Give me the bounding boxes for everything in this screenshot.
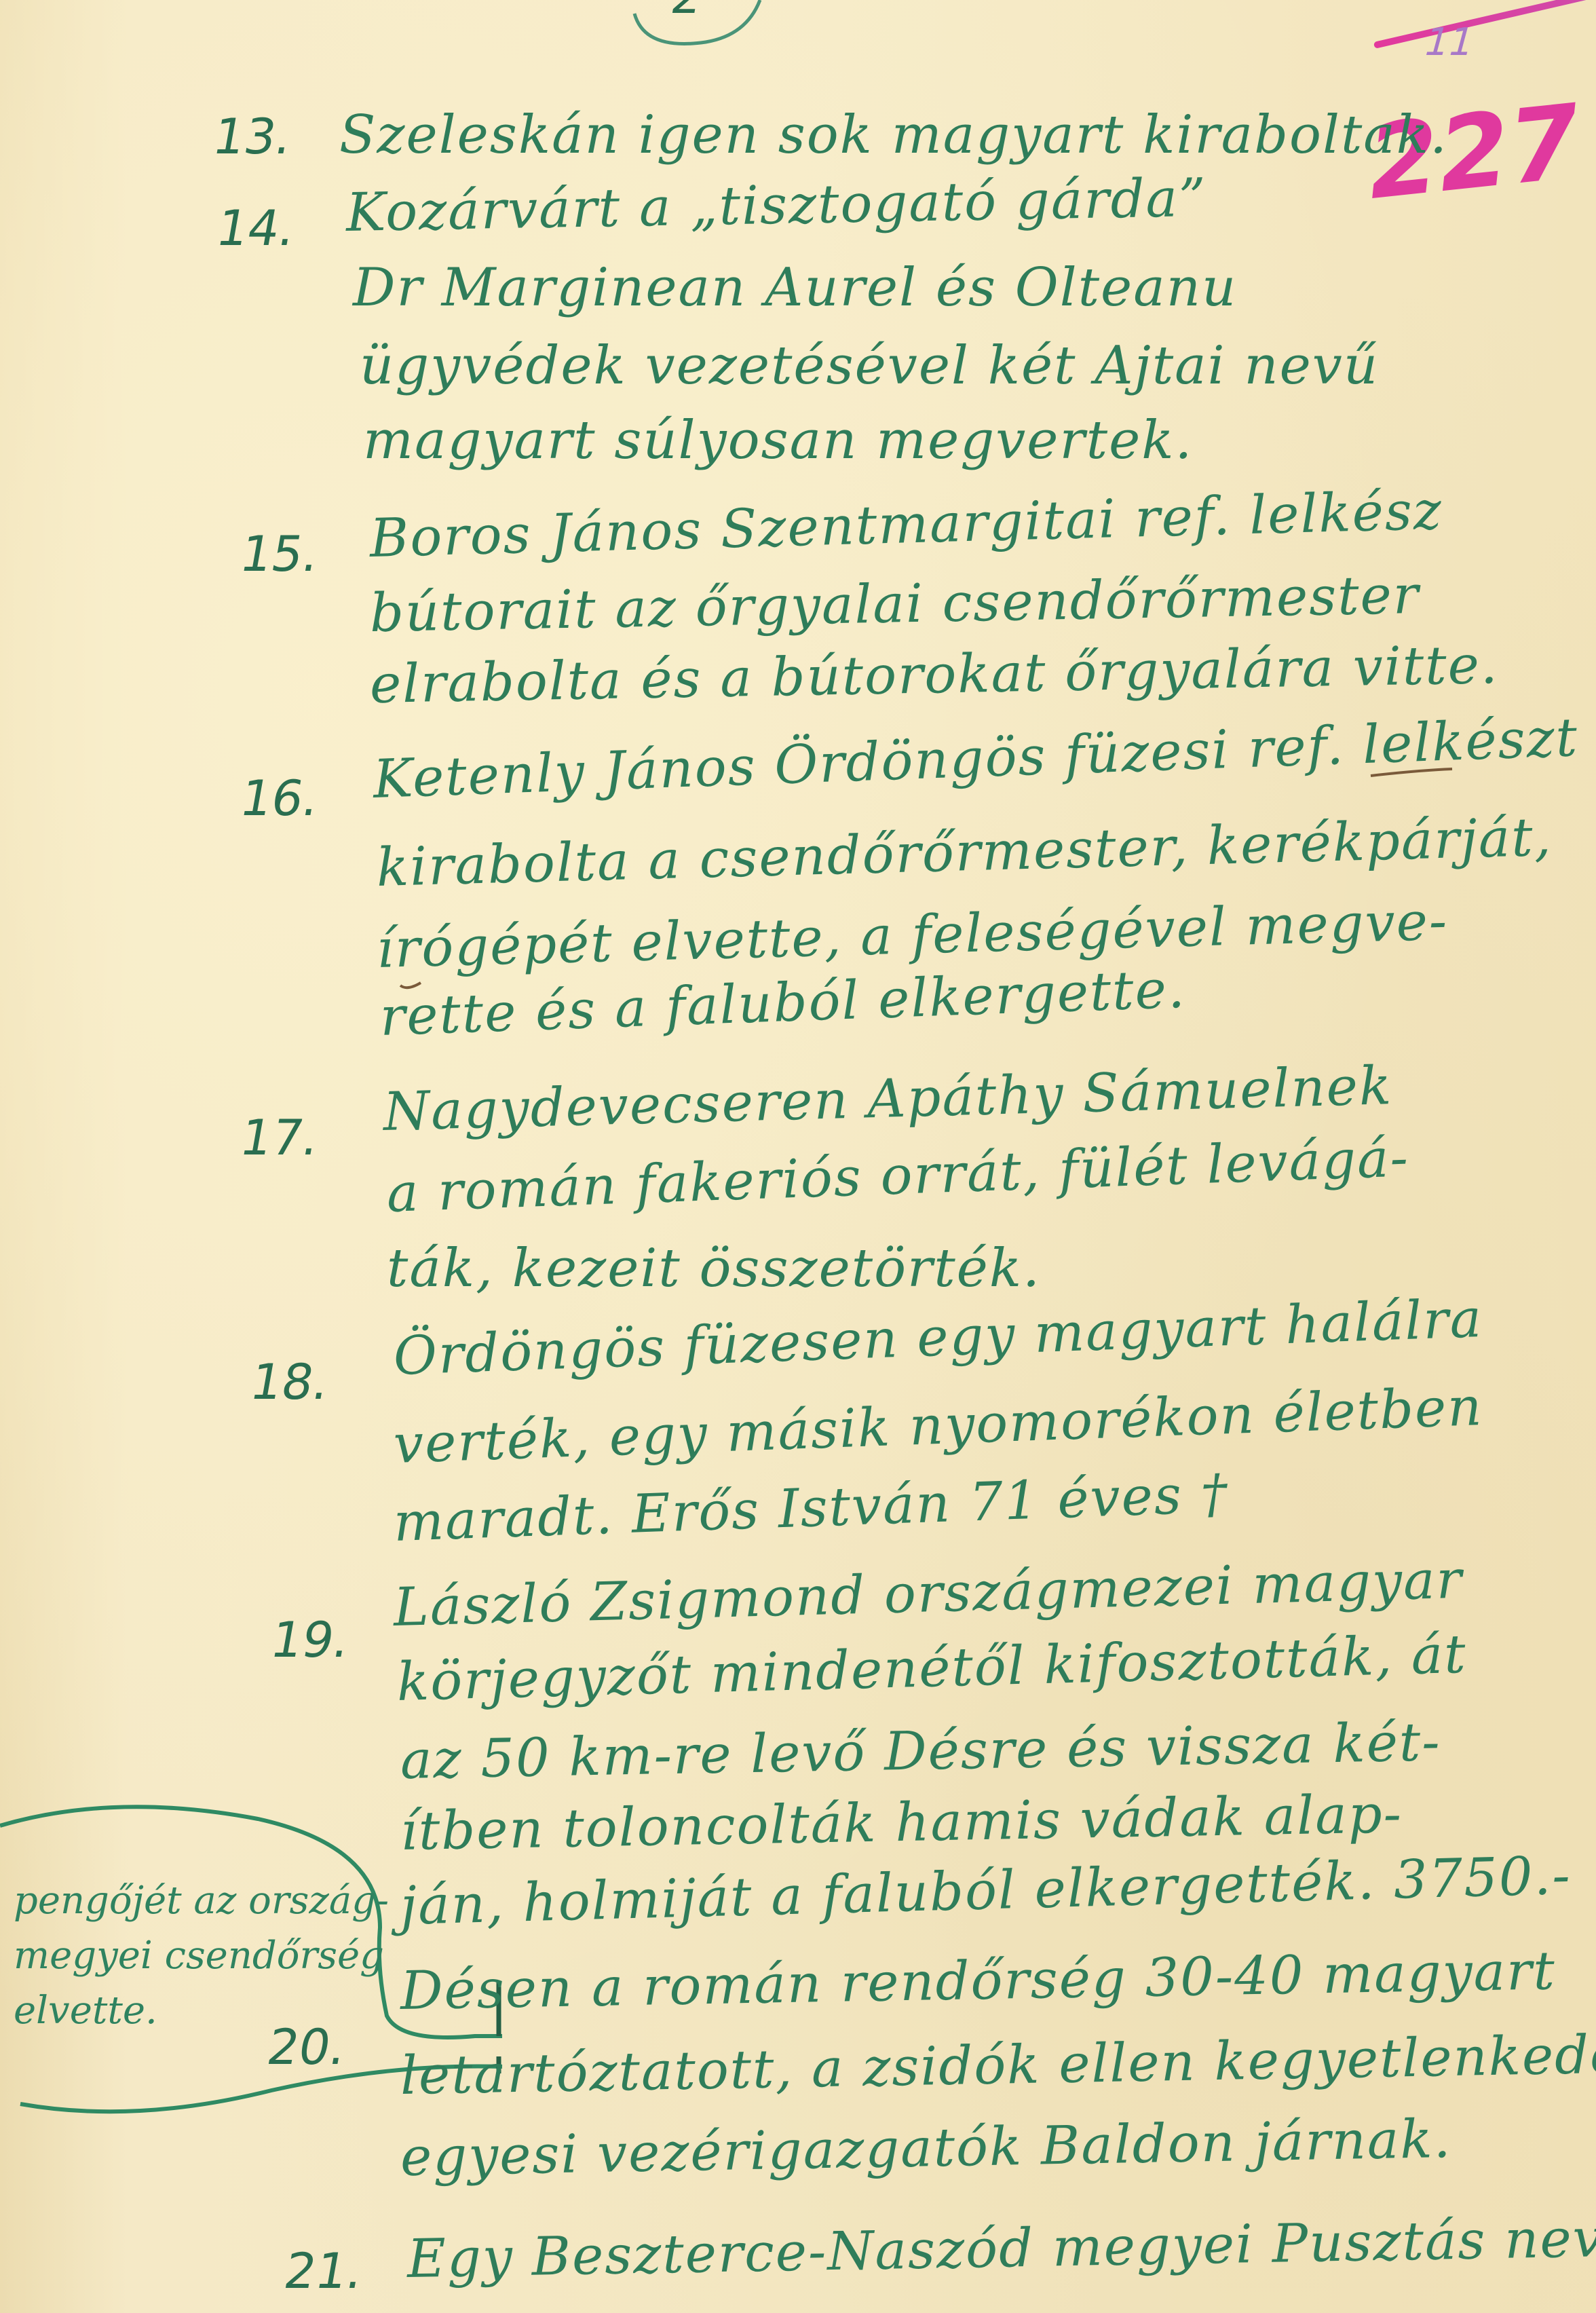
crossed-out-archive-number: 11 (1419, 20, 1479, 64)
margin-note: pengőjét az ország- megyei csendőrség el… (14, 1873, 389, 2039)
entry-line: ták, kezeit összetörték. (387, 1242, 1041, 1295)
entry-line: ügyvédek vezetésével két Ajtai nevű (360, 339, 1379, 392)
entry-line: egyesi vezérigazgatók Baldon járnak. (400, 2113, 1452, 2184)
entry-line: ján, holmiját a faluból elkergették. 375… (400, 1849, 1572, 1933)
margin-note-line: megyei csendőrség (14, 1928, 389, 1983)
entry-number: 13. (210, 112, 296, 161)
entry-line: letartóztatott, a zsidók ellen kegyetlen… (400, 2029, 1596, 2103)
entry-line: Nagydevecseren Apáthy Sámuelnek (383, 1059, 1393, 1139)
entry-line: Ördöngös füzesen egy magyart halálra (393, 1292, 1484, 1383)
entry-number: 17. (237, 1113, 323, 1162)
entry-line: Dr Marginean Aurel és Olteanu (353, 261, 1237, 314)
entry-line: a román fakeriós orrát, fülét levágá- (386, 1131, 1410, 1220)
entry-line: ítben toloncolták hamis vádak alap- (400, 1788, 1403, 1858)
entry-line: kirabolta a csendőrőrmester, kerékpárját… (376, 811, 1553, 895)
page-number: 2 (668, 0, 706, 20)
entry-line: az 50 km-re levő Désre és vissza két- (400, 1716, 1441, 1787)
manuscript-page: 2 11 227 13. Szeleskán igen sok magyart … (0, 0, 1596, 2313)
entry-line: Désen a román rendőrség 30-40 magyart (400, 1944, 1556, 2018)
entry-line: körjegyzőt mindenétől kifosztották, át (396, 1628, 1468, 1709)
entry-line: elrabolta és a bútorokat őrgyalára vitte… (369, 639, 1499, 711)
entry-number: 20. (264, 2023, 350, 2071)
entry-line: Boros János Szentmargitai ref. lelkész (369, 485, 1443, 565)
entry-line: László Zsigmond országmezei magyar (393, 1554, 1464, 1634)
entry-line: maradt. Erős István 71 éves † (393, 1467, 1230, 1549)
entry-number: 21. (281, 2246, 367, 2295)
entry-number: 16. (237, 774, 323, 823)
entry-line: verték, egy másik nyomorékon életben (393, 1380, 1484, 1471)
entry-line: Ketenly János Ördöngös füzesi ref. lelké… (373, 711, 1580, 806)
margin-note-line: pengőjét az ország- (14, 1873, 389, 1928)
entry-line: írógépét elvette, a feleségével megve- (376, 895, 1449, 976)
entry-line: bútorait az őrgyalai csendőrőrmester (369, 569, 1420, 640)
entry-number: 18. (247, 1357, 333, 1406)
crossed-out-archive-number-strike (1373, 0, 1596, 49)
entry-number: 19. (267, 1615, 354, 1664)
entry-number: 15. (237, 529, 323, 578)
entry-line: Szeleskán igen sok magyart kiraboltak. (339, 109, 1448, 162)
entry-line: magyart súlyosan megvertek. (363, 414, 1193, 467)
entry-line: Kozárvárt a „tisztogató gárda” (345, 172, 1207, 240)
entry-number: 14. (213, 204, 299, 252)
entry-line: Egy Beszterce-Naszód megyei Pusztás nevű (406, 2211, 1596, 2286)
